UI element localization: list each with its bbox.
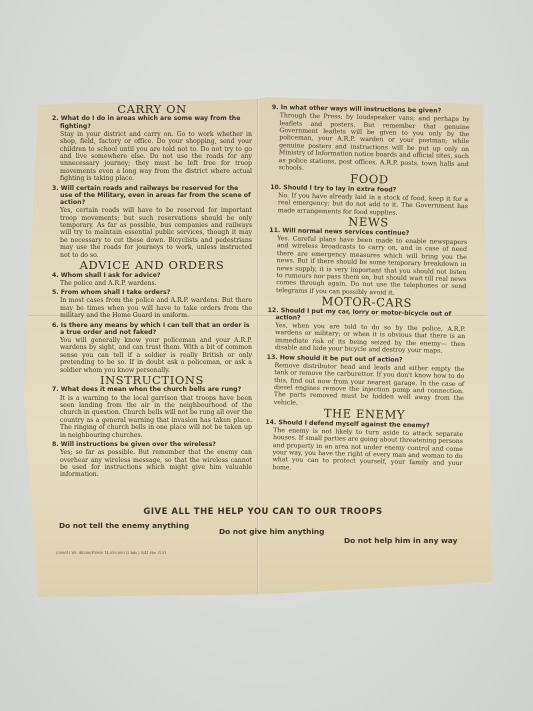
left-column: CARRY ON2. What do I do in areas which a… [52,103,252,481]
answer: Stay in your district and carry on. Go t… [60,131,252,183]
slogan-2: Do not give him anything [219,527,324,536]
answer: In most cases from the police and A.R.P.… [60,297,252,319]
answer: The enemy is not likely to turn aside to… [272,427,463,475]
answer: Yes, when you are told to do so by the p… [275,322,466,356]
footer: GIVE ALL THE HELP YOU CAN TO OUR TROOPS … [24,507,492,517]
answer: You will generally know your policeman a… [60,337,252,374]
question: 2. What do I do in areas which are some … [52,115,252,129]
answer: Yes. Careful plans have been made to ena… [276,235,467,298]
answer: It is a warning to the local garrison th… [60,395,252,439]
question: 6. Is there any means by which I can tel… [52,322,252,336]
answer: Yes; so far as possible. But remember th… [60,449,252,479]
vertical-fold [257,97,259,597]
question: 3. Will certain roads and railways be re… [52,185,252,207]
answer: The police and A.R.P. wardens. [60,280,252,287]
answer: Yes, certain roads will have to be reser… [60,207,252,259]
question: 7. What does it mean when the church bel… [52,386,252,393]
question: 5. From whom shall I take orders? [52,289,252,296]
footer-banner: GIVE ALL THE HELP YOU CAN TO OUR TROOPS [34,507,492,517]
answer: Through the Press; by loudspeaker vans; … [279,112,470,175]
right-column: 9. In what other ways will instructions … [264,103,470,477]
question: 8. Will instructions be given over the w… [52,441,252,448]
question: 4. Whom shall I ask for advice? [52,272,252,279]
section-heading: CARRY ON [52,106,252,113]
slogan-1: Do not tell the enemy anything [59,521,189,530]
slogan-3: Do not help him in any way [344,536,457,545]
answer: Remove distributor head and leads and ei… [274,362,465,410]
section-heading: ADVICE AND ORDERS [52,262,252,269]
printer-imprint: (30001) Wt. 46280/P3969 14,050,000 (2 kd… [56,551,166,555]
section-heading: INSTRUCTIONS [52,377,252,384]
leaflet-sheet: CARRY ON2. What do I do in areas which a… [24,97,492,597]
